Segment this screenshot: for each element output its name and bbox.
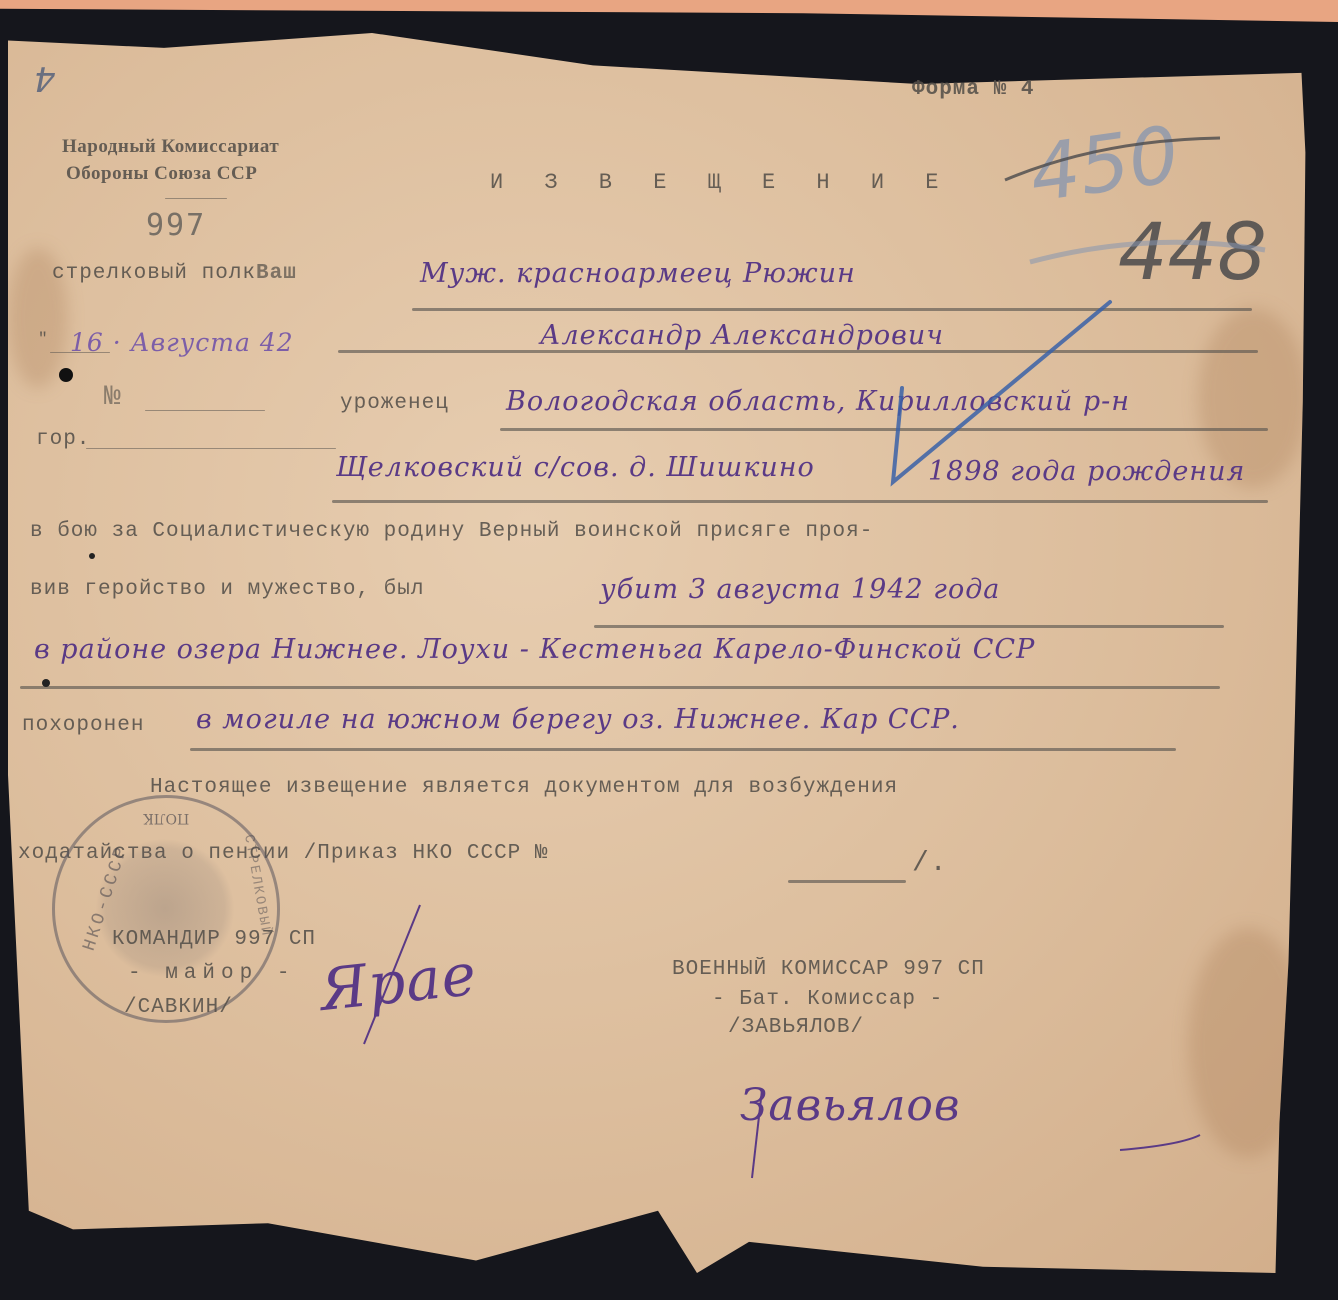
closing-suffix: /. <box>912 848 948 879</box>
commissar-signature: Завьялов <box>740 1080 960 1131</box>
backing-paper-strip <box>0 0 1338 22</box>
buried-label: похоронен <box>22 714 144 737</box>
fill-line <box>145 410 265 411</box>
fill-line <box>190 748 1176 751</box>
commander-rank: - майор - <box>128 962 295 985</box>
addressee-line1: Муж. красноармеец Рюжин <box>420 258 856 289</box>
document-title: И З В Е Щ Е Н И Е <box>490 170 952 195</box>
divider <box>165 198 227 199</box>
burial-place: в могиле на южном берегу оз. Нижнее. Кар… <box>196 704 960 735</box>
fill-line <box>332 500 1268 503</box>
corner-mark: 4 <box>34 58 56 98</box>
fill-line <box>50 352 110 353</box>
date-quote: " <box>38 330 49 348</box>
number-sign: № <box>104 382 122 413</box>
body-line1: в бою за Социалистическую родину Верный … <box>30 520 873 543</box>
birth-year: 1898 года рождения <box>928 456 1245 487</box>
body-line2-prefix: вив геройство и мужество, был <box>30 578 424 601</box>
closing-line1: Настоящее извещение является документом … <box>150 776 898 799</box>
death-date: убит 3 августа 1942 года <box>600 574 1000 605</box>
birthplace-line1: Вологодская область, Кирилловский р-н <box>506 386 1130 417</box>
birthplace-line2: Щелковский с/сов. д. Шишкино <box>336 452 815 483</box>
fill-line <box>594 625 1224 628</box>
form-label: Форма № 4 <box>912 78 1034 101</box>
death-place: в районе озера Нижнее. Лоухи - Кестеньга… <box>34 634 1035 665</box>
record-number: 448 <box>1118 208 1267 298</box>
addressee-line2: Александр Александрович <box>540 320 944 351</box>
unit-number: 997 <box>146 208 206 243</box>
fill-line <box>86 448 336 449</box>
commander-title: КОМАНДИР 997 СП <box>112 928 316 951</box>
issuer-line1: Народный Комиссариат <box>62 136 279 158</box>
fill-line <box>412 308 1252 311</box>
commander-name: /САВКИН/ <box>124 996 233 1019</box>
fill-line <box>20 686 1220 689</box>
stain <box>1188 928 1308 1158</box>
commissar-title: ВОЕННЫЙ КОМИССАР 997 СП <box>672 958 985 981</box>
native-of-label: уроженец <box>340 392 449 415</box>
unit-type-label: стрелковый полкВаш <box>52 262 297 285</box>
commissar-name: /ЗАВЬЯЛОВ/ <box>728 1016 864 1039</box>
commissar-rank: - Бат. Комиссар - <box>712 988 943 1011</box>
issuer-line2: Обороны Союза ССР <box>66 163 257 185</box>
unit-seal-stamp: ПОЛК НКО-СССР СТРЕЛКОВЫЙ <box>52 795 280 1023</box>
order-number-blank <box>788 880 906 883</box>
city-label: гор. <box>36 428 90 451</box>
fill-line <box>500 428 1268 431</box>
stamp-top-text: ПОЛК <box>143 810 189 826</box>
